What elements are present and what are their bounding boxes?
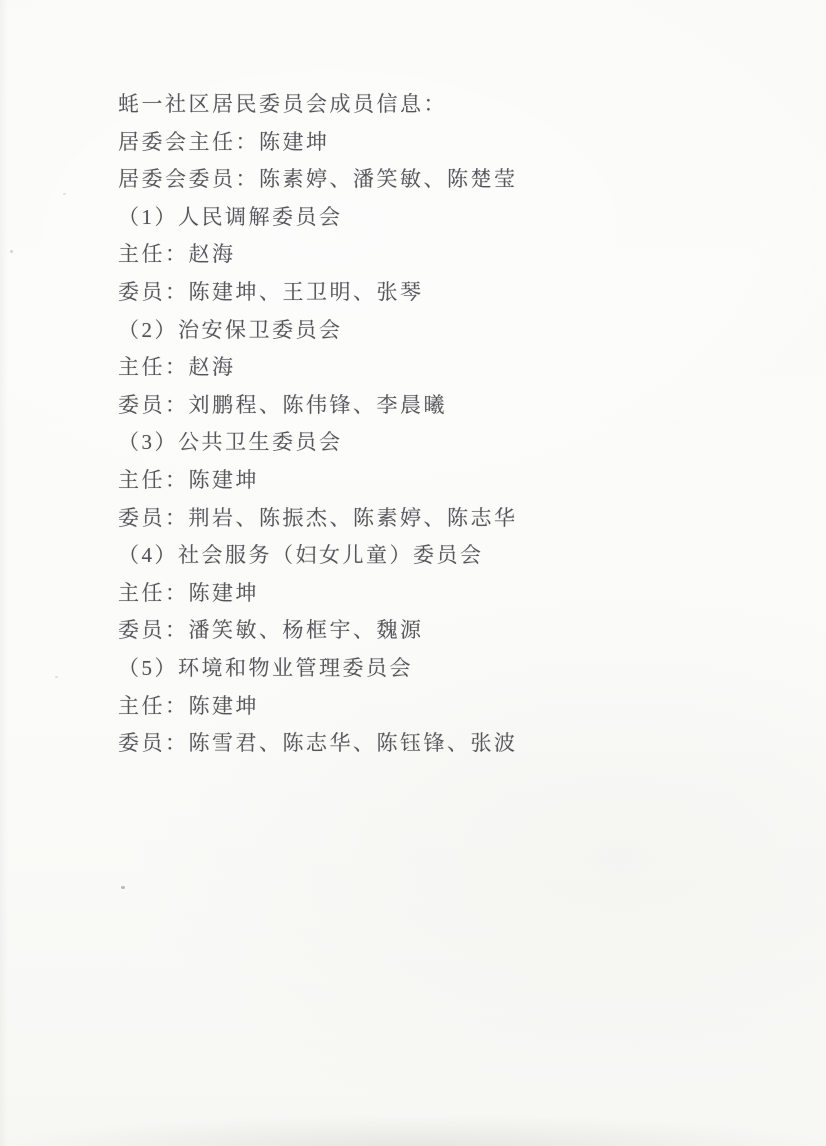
subcommittee-1-heading: （1）人民调解委员会: [118, 199, 758, 237]
subcommittee-5-director-line: 主任：陈建坤: [118, 688, 758, 726]
committee-director-line: 居委会主任：陈建坤: [118, 124, 758, 162]
subcommittee-3-heading: （3）公共卫生委员会: [118, 424, 758, 462]
subcommittee-2-heading: （2）治安保卫委员会: [118, 312, 758, 350]
scan-speck: [10, 250, 13, 253]
subcommittee-2-members-line: 委员：刘鹏程、陈伟锋、李晨曦: [118, 387, 758, 425]
scan-speck: [121, 886, 125, 889]
subcommittee-5-members-line: 委员：陈雪君、陈志华、陈钰锋、张波: [118, 725, 758, 763]
subcommittee-5-heading: （5）环境和物业管理委员会: [118, 650, 758, 688]
subcommittee-4-director-line: 主任：陈建坤: [118, 575, 758, 613]
subcommittee-1-director-line: 主任：赵海: [118, 236, 758, 274]
subcommittee-4-members-line: 委员：潘笑敏、杨框宇、魏源: [118, 612, 758, 650]
subcommittee-4-heading: （4）社会服务（妇女儿童）委员会: [118, 537, 758, 575]
scan-left-edge-shadow: [0, 0, 8, 1146]
scan-bottom-shadow: [0, 1116, 826, 1146]
scan-speck: [55, 676, 58, 678]
scan-speck: [63, 193, 66, 195]
scanned-page: 蚝一社区居民委员会成员信息： 居委会主任：陈建坤 居委会委员：陈素婷、潘笑敏、陈…: [0, 0, 826, 1146]
subcommittee-3-members-line: 委员：荆岩、陈振杰、陈素婷、陈志华: [118, 500, 758, 538]
document-content: 蚝一社区居民委员会成员信息： 居委会主任：陈建坤 居委会委员：陈素婷、潘笑敏、陈…: [118, 86, 758, 763]
document-title: 蚝一社区居民委员会成员信息：: [118, 86, 758, 124]
committee-members-line: 居委会委员：陈素婷、潘笑敏、陈楚莹: [118, 161, 758, 199]
subcommittee-1-members-line: 委员：陈建坤、王卫明、张琴: [118, 274, 758, 312]
subcommittee-2-director-line: 主任：赵海: [118, 349, 758, 387]
subcommittee-3-director-line: 主任：陈建坤: [118, 462, 758, 500]
